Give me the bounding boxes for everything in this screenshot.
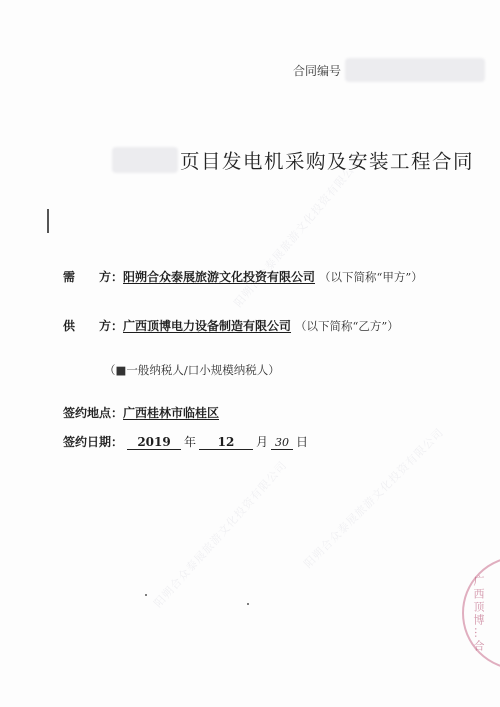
contract-number-label: 合同编号 — [293, 62, 341, 79]
signing-place: 广西桂林市临桂区 — [123, 404, 233, 421]
margin-mark — [47, 209, 49, 233]
year-unit: 年 — [184, 433, 196, 450]
contract-number: 合同编号 — [293, 58, 485, 82]
signing-place-label: 签约地点： — [63, 404, 123, 421]
supplier-name: 广西顶博电力设备制造有限公司 — [123, 317, 291, 334]
redacted-project-name — [112, 147, 178, 173]
title-text: 页目发电机采购及安装工程合同 — [180, 146, 474, 174]
supplier-row: 供方： 广西顶博电力设备制造有限公司 （以下简称“乙方”） — [63, 317, 399, 334]
buyer-name: 阳朔合众泰展旅游文化投资有限公司 — [123, 268, 315, 285]
signing-date-row: 签约日期： 2019 年 12 月 30 日 — [63, 433, 308, 450]
signing-day: 30 — [271, 436, 293, 450]
supplier-label: 供方： — [63, 317, 123, 334]
watermark: 阳朔合众泰展旅游文化投资有限公司 — [300, 424, 447, 571]
scan-speck — [145, 594, 147, 596]
supplier-alias: （以下简称“乙方”） — [295, 318, 399, 334]
signing-place-row: 签约地点： 广西桂林市临桂区 — [63, 404, 233, 421]
scan-speck — [247, 603, 249, 605]
seal-text: 广西顶博…合 — [470, 575, 486, 653]
document-title: 页目发电机采购及安装工程合同 — [112, 146, 474, 174]
watermark: 阳朔合众泰展旅游文化投资有限公司 — [230, 153, 366, 310]
contract-page: 阳朔合众泰展旅游文化投资有限公司 阳朔合众泰展旅游文化投资有限公司 阳朔合众泰展… — [0, 0, 500, 707]
signing-month: 12 — [199, 435, 253, 450]
signing-year: 2019 — [127, 435, 181, 450]
watermark: 阳朔合众泰展旅游文化投资有限公司 — [150, 457, 290, 610]
buyer-label: 需方： — [63, 268, 123, 285]
month-unit: 月 — [256, 433, 268, 450]
taxpayer-type: （■一般纳税人/口小规模纳税人） — [104, 362, 280, 378]
signing-date-label: 签约日期： — [63, 433, 123, 450]
redacted-contract-number — [345, 58, 485, 82]
day-unit: 日 — [296, 433, 308, 450]
buyer-row: 需方： 阳朔合众泰展旅游文化投资有限公司 （以下简称“甲方”） — [63, 268, 423, 285]
buyer-alias: （以下简称“甲方”） — [319, 269, 423, 285]
